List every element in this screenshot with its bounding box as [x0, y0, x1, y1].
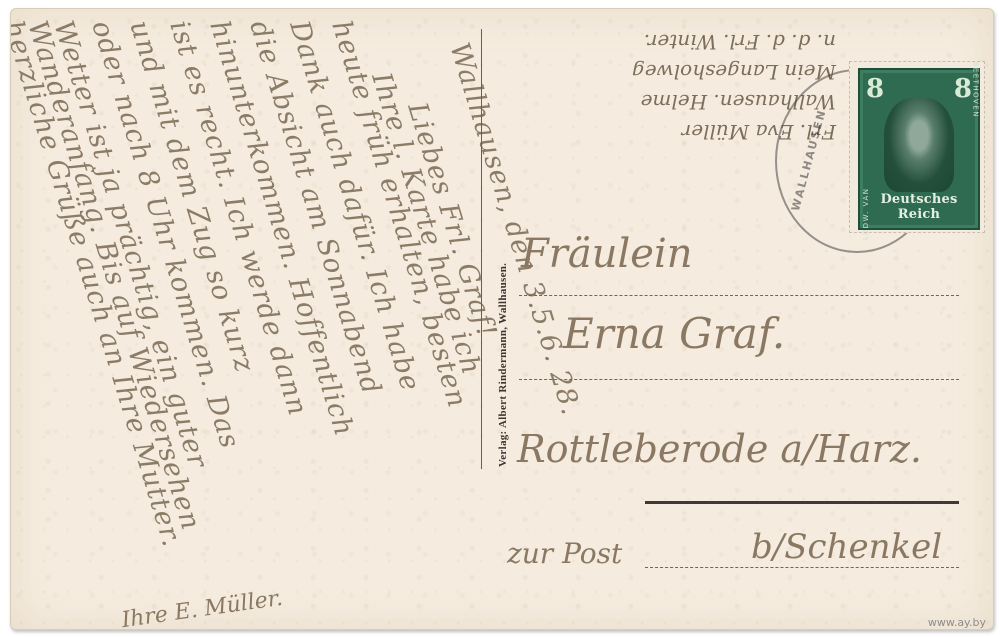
center-divider	[481, 29, 482, 469]
beethoven-portrait-icon	[884, 98, 954, 192]
stamp-value-right: 8	[954, 74, 972, 104]
address-line-1: Fräulein	[521, 231, 693, 277]
address-rule-4	[645, 567, 959, 568]
address-line-4-right: b/Schenkel	[751, 527, 942, 567]
note-line: n. d. d. Frl. Winter.	[506, 27, 836, 57]
publisher-imprint: Verlag: Albert Rindermann, Wallhausen.	[497, 263, 509, 467]
address-rule-1	[519, 295, 959, 296]
note-line: Mein Langesholweg	[506, 57, 836, 87]
address-line-2: Erna Graf.	[563, 309, 785, 358]
address-rule-2	[519, 379, 959, 380]
address-line-4-left: zur Post	[507, 537, 622, 570]
address-line-3: Rottleberode a/Harz.	[517, 427, 922, 471]
postcard: Wallhausen, den 3.5.6. 28. Liebes Frl. G…	[10, 8, 994, 630]
stamp-right-text: BEETHOVEN	[972, 61, 980, 118]
message-signature: Ihre E. Müller.	[120, 586, 284, 630]
postage-stamp: 8 8 LUDW. VAN BEETHOVEN Deutsches Reich	[849, 61, 985, 233]
stamp-value-left: 8	[866, 74, 884, 104]
stamp-face: 8 8 LUDW. VAN BEETHOVEN Deutsches Reich	[858, 68, 980, 230]
watermark: www.ay.by	[928, 616, 986, 629]
stamp-country: Deutsches Reich	[860, 192, 978, 222]
address-underline	[645, 501, 959, 504]
